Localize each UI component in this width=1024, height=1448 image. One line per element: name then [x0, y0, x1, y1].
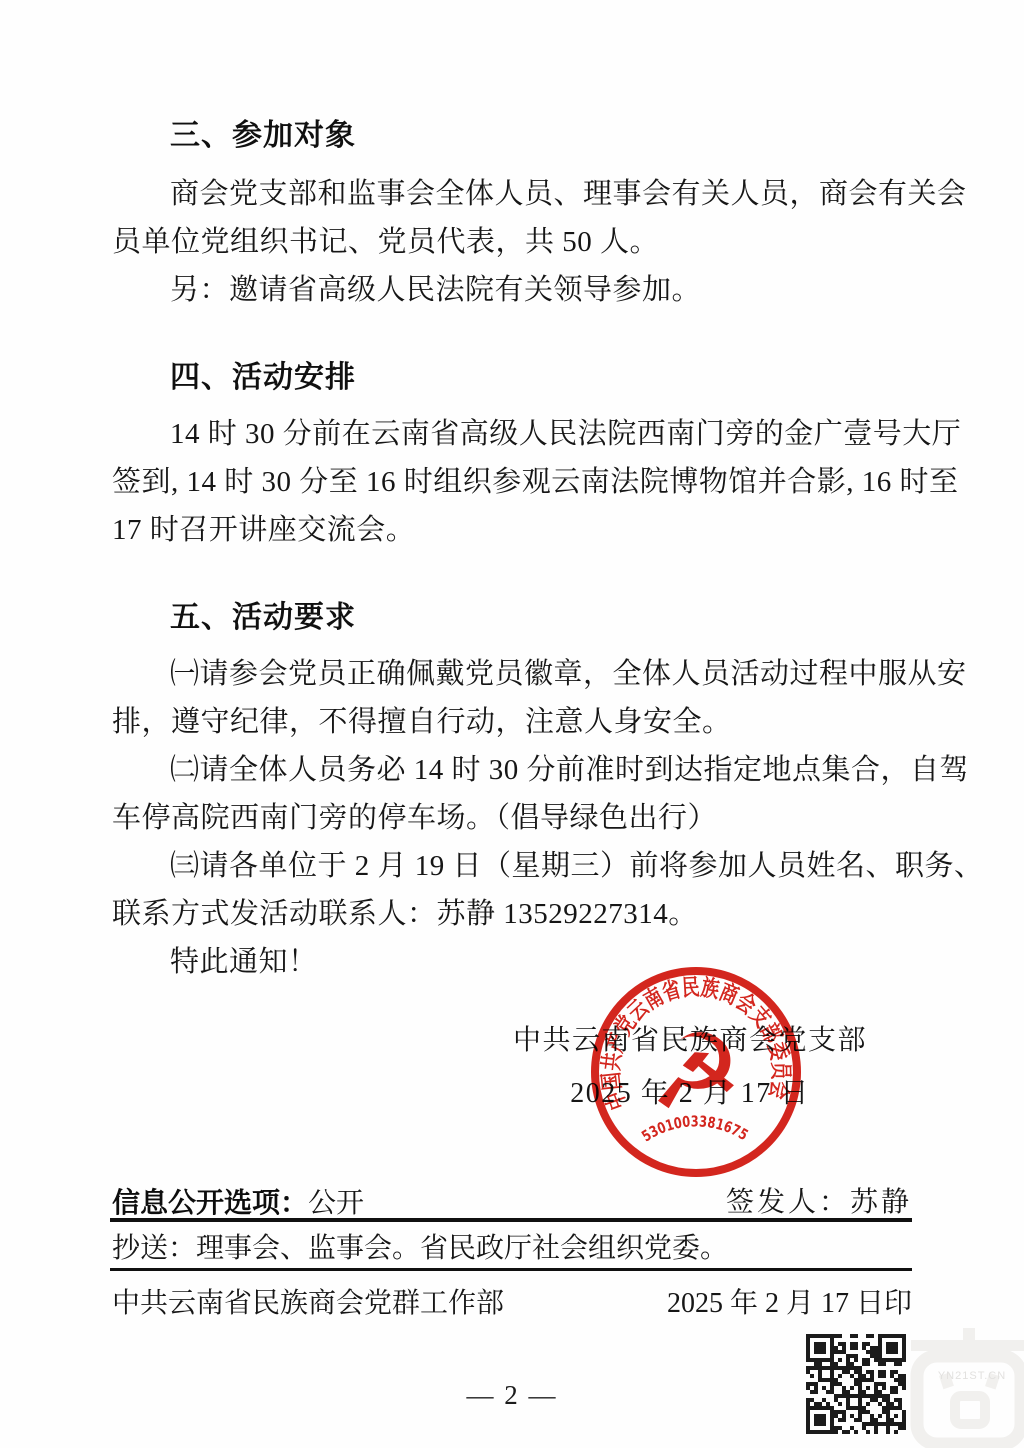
- section-heading-requirements: 五、活动要求: [170, 600, 810, 636]
- body-line: ㈢请各单位于 2 月 19 日（星期三）前将参加人员姓名、职务、: [112, 842, 916, 890]
- page-number: — 2 —: [0, 1380, 1024, 1411]
- body-line: 联系方式发活动联系人：苏静 13529227314。: [112, 890, 916, 938]
- divider-rule-top: [110, 1218, 912, 1222]
- body-line: 员单位党组织书记、党员代表，共 50 人。: [112, 218, 916, 266]
- body-line: ㈠请参会党员正确佩戴党员徽章，全体人员活动过程中服从安: [112, 650, 916, 698]
- cc-row: 抄送：理事会、监事会。省民政厅社会组织党委。: [112, 1232, 912, 1266]
- section-body-schedule: 14 时 30 分前在云南省高级人民法院西南门旁的金广壹号大厅 签到, 14 时…: [112, 410, 916, 554]
- document-page: 三、参加对象 商会党支部和监事会全体人员、理事会有关人员，商会有关会 员单位党组…: [0, 0, 1024, 1448]
- printer-org: 中共云南省民族商会党群工作部: [112, 1287, 504, 1321]
- body-line: 14 时 30 分前在云南省高级人民法院西南门旁的金广壹号大厅: [112, 410, 916, 458]
- disclosure-value: 公开: [308, 1188, 364, 1219]
- body-line: 商会党支部和监事会全体人员、理事会有关人员，商会有关会: [112, 170, 916, 218]
- section-heading-participants: 三、参加对象: [170, 118, 810, 154]
- body-line: 17 时召开讲座交流会。: [112, 506, 916, 554]
- body-line: ㈡请全体人员务必 14 时 30 分前准时到达指定地点集合，自驾: [112, 746, 916, 794]
- body-line: 另：邀请省高级人民法院有关领导参加。: [112, 266, 916, 314]
- issuer: 签发人：苏静: [726, 1186, 912, 1221]
- disclosure-row: 信息公开选项：公开 签发人：苏静: [112, 1186, 912, 1221]
- section-body-requirements: ㈠请参会党员正确佩戴党员徽章，全体人员活动过程中服从安 排，遵守纪律，不得擅自行…: [112, 650, 916, 986]
- printer-row: 中共云南省民族商会党群工作部 2025 年 2 月 17 日印: [112, 1287, 912, 1321]
- printer-date: 2025 年 2 月 17 日印: [667, 1287, 912, 1321]
- cc-line: 抄送：理事会、监事会。省民政厅社会组织党委。: [112, 1232, 728, 1266]
- hammer-and-sickle-icon: ☭: [649, 1011, 742, 1133]
- disclosure-cell: 信息公开选项：公开: [112, 1186, 364, 1221]
- disclosure-label: 信息公开选项：: [112, 1187, 308, 1218]
- official-seal: 中国共产党云南省民族商会支部委员会 5301003381675 ☭: [586, 962, 806, 1182]
- section-heading-schedule: 四、活动安排: [170, 360, 810, 396]
- body-line: 排，遵守纪律，不得擅自行动，注意人身安全。: [112, 698, 916, 746]
- body-line: 车停高院西南门旁的停车场。（倡导绿色出行）: [112, 794, 916, 842]
- body-line: 签到, 14 时 30 分至 16 时组织参观云南法院博物馆并合影, 16 时至: [112, 458, 916, 506]
- section-body-participants: 商会党支部和监事会全体人员、理事会有关人员，商会有关会 员单位党组织书记、党员代…: [112, 170, 916, 314]
- divider-rule-bottom: [110, 1268, 912, 1271]
